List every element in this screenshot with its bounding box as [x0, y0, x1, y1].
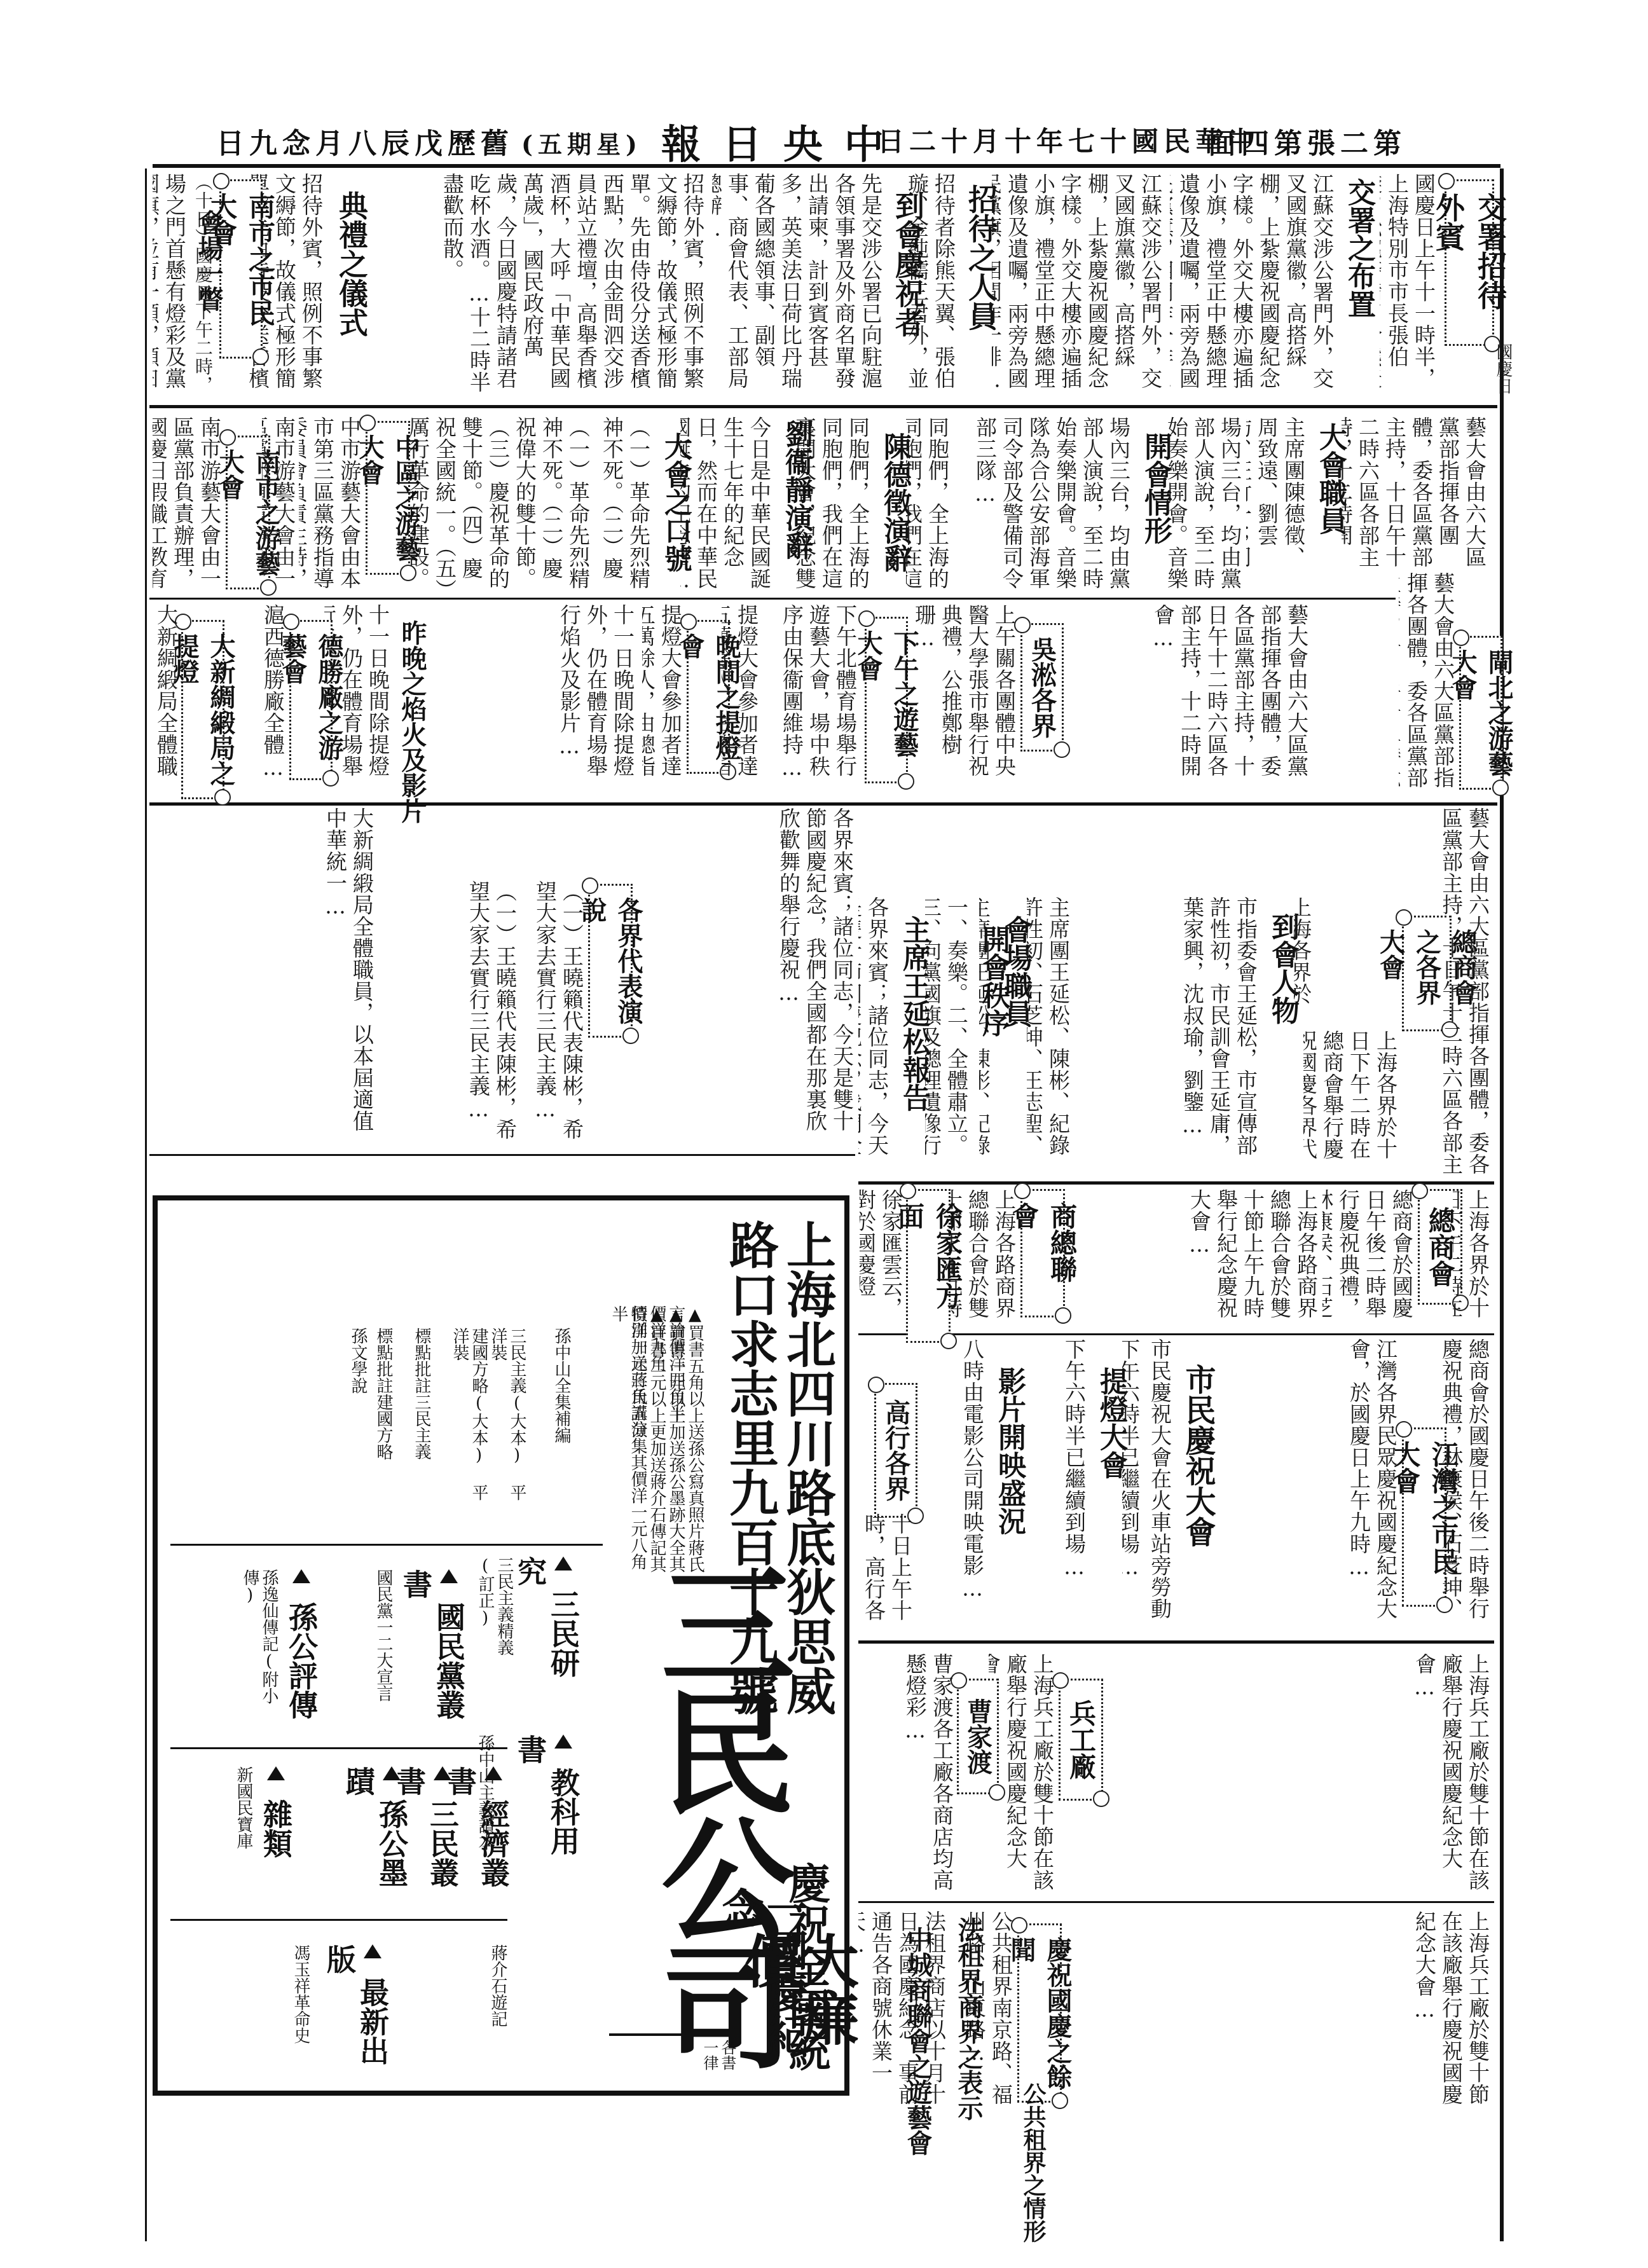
ad-footer-rule: [609, 2033, 736, 2036]
ad-section-misc-items: 新國民寶庫: [170, 1766, 253, 1893]
ad-rule-2: [170, 1747, 507, 1749]
headline-gaoxing: 高行各界: [874, 1383, 917, 1518]
article-dateline: 國慶日: [1485, 343, 1516, 401]
article-body: （一）革命先烈精神不死。（二）慶祝偉大的雙十節。（三）慶祝革命的雙十節。（四）慶…: [598, 416, 652, 594]
ad-section-biography: 孫公評傳: [285, 1569, 318, 1722]
article-body-cont: 藝大會由六大區黨部指揮各團體，委各區黨部主持，十日午十二時六區各部主持，十二時開…: [1055, 604, 1310, 795]
article-body: 下午北體育場舉行遊藝大會，場中秩序由保衞團維持…: [763, 604, 858, 795]
ad-section-works-list: 孫文學說: [170, 1328, 367, 1512]
headline-order: 開會秩序: [973, 925, 1013, 1037]
page-section: 面四第張二第: [1208, 121, 1406, 162]
ad-section-standard-2: 建國方略(大本) 平洋裝: [450, 1328, 488, 1512]
article-body: 上海各界於十日下午二時在總商會舉行慶祝國慶各界代表大會，詳情分誌如下。: [1303, 1030, 1399, 1170]
ad-section-new-release-items-2: 蔣介石遊記: [367, 1944, 507, 2072]
article-body-cont: 江蘇交涉公署門外，交叉國旗黨徽，高搭綵棚，上紮慶祝國慶紀念字樣。外交大樓亦遍插小…: [992, 173, 1164, 395]
article-body-cont: 各界來賓；諸位同志，今天是雙十節國慶紀念，我們全國都在那裏欣欣歡舞的舉行慶祝…: [636, 808, 855, 1151]
subhead-concession-situation: 公共租界之情形: [1017, 2082, 1050, 2243]
article-body: 主席團陳德徵、周致遠、劉雲舫、汪竹一；司儀鄒善揚，紀錄張君璞、周永年。: [1246, 416, 1307, 569]
ad-rule-1: [170, 1544, 603, 1546]
headline-slogans: 大會之口號: [655, 432, 696, 572]
republic-date: 日二十月十年七十國民華中: [877, 121, 1259, 159]
article-body: 江蘇交涉公署門外，交叉國旗黨徽，高搭綵棚，上紮慶祝國慶紀念字樣。外交大樓亦遍插小…: [1170, 173, 1335, 395]
masthead-rule: [153, 164, 1500, 168]
headline-group-speeches: 各界代表演說: [588, 884, 633, 1038]
ad-promo-4: 特別加送蔣氏講演集其價洋一元八角半: [609, 1305, 647, 1572]
article-body: 南市游藝大會由一區黨部負責辦理，國慶日假職工教育館舉行，觀眾千餘人，極一時之盛…: [153, 416, 223, 594]
headline-caojiadu: 曹家渡: [957, 1679, 999, 1794]
article-body-prev: 上海各界於十日下午二時在總商會舉行慶祝國慶各界代表大會，詳情分誌如下。: [1453, 1189, 1491, 1329]
ad-section-standard-3: 標點批註三民主義: [412, 1328, 431, 1512]
ad-rule-3: [170, 1919, 507, 1921]
section-heading: 孫中山全集補編: [552, 1328, 571, 1443]
article-body-cont: 同胞們，全上海的同胞們，我們在這裏開大會，紀念雙十節，要知道今年雙十與往年迥異…: [906, 416, 951, 594]
article-body: 江灣各界民眾慶祝國慶紀念大會，於國慶日上午九時…: [1243, 1338, 1399, 1637]
headline-central-fair: 中區之游藝大會: [366, 421, 410, 575]
ad-footer-terms: 各書一律: [609, 2040, 736, 2084]
article-body-cont: （一）革命先烈精神不死。（二）慶祝偉大的雙十節。（三）慶祝革命的雙十節。（四）慶…: [407, 416, 591, 594]
weekday: (五期星): [521, 125, 642, 160]
ad-section-sanmin-research: 三民研究: [514, 1557, 580, 1684]
article-body: 市指委會王延松，市宣傳部許性初，市民訓會王延庸，葉家興，沈叔瑜，劉鑒…: [1075, 897, 1259, 1176]
headline-citizen-rally: 市民慶祝大會: [1176, 1364, 1220, 1547]
article-body: 提燈大會參加者達五萬餘人，由總指揮董學一指揮出發，秩序由糾察隊維持…: [642, 604, 683, 795]
article-body: 上海兵工廠於雙十節在該廠舉行慶祝國慶紀念大會…: [1094, 1653, 1491, 1895]
article-body: 總商會於國慶日午後二時舉行慶祝典禮，林康侯、石芝坤、陸鳳竹、徐寄廎、袁履登等…: [1322, 1189, 1415, 1329]
triangle-icon: [440, 1569, 458, 1583]
tier-rule-6: [858, 1901, 1494, 1903]
triangle-icon: [554, 1735, 572, 1749]
article-body-cont: 主席團王延松、陳彬、紀錄許性初、石芝坤、王志聖、鄔志豪；司儀吳冰澤。: [1027, 897, 1071, 1176]
paper-title: 報日央中: [661, 113, 905, 170]
subhead-office-decoration: 交署之布置: [1338, 178, 1379, 318]
article-body-cont: 場內三台，均由黨部人演說，至二時始奏樂開會。音樂隊為合公安部海軍司令部及警備司令…: [1164, 416, 1243, 594]
tier-rule-5: [858, 1640, 1494, 1644]
tier-rule-2: [149, 802, 1497, 806]
article-body: 上海各路商界總聯合會於雙十節上午九時舉行紀念慶祝大會…: [1055, 1189, 1319, 1329]
article-body-cont2: 大新綢緞局全體職員，以本屆適值中華統一…: [153, 808, 375, 1151]
ad-section-kmt-items: 國民黨一二大宣言: [317, 1569, 393, 1722]
article-body: 上午關各團體中央醫大學張市舉行祝典禮，公推鄭樹珊…: [903, 604, 1017, 795]
headline-attendees: 到會慶祝者: [887, 191, 929, 337]
ad-section-standard: 三民主義(大本) 平洋裝: [488, 1328, 526, 1512]
article-body: 中市游藝大會由本市第三區黨務指導委員會負責主持，事前該區努力籌備，向各方接洽游藝…: [299, 416, 362, 594]
ad-section-complete-works: 孫中山全集補編: [552, 1328, 571, 1487]
ad-section-textbooks: 教科用書: [514, 1735, 580, 1874]
headline-ceremony: 典禮之儀式: [331, 191, 373, 337]
article-body-cont: 南市游藝大會由一區黨部負責辦理，國慶日假職工教育館舉行，觀眾千餘人，極一時之盛…: [262, 416, 297, 594]
triangle-icon: [554, 1557, 572, 1570]
article-body: 大新綢緞局全體職員，以本屆適值中華統一…: [153, 604, 179, 795]
ad-section-kmt: 國民黨叢書: [399, 1569, 465, 1722]
article-body: 十一日晚間除提燈外，仍在體育場舉行焰火及影片…: [426, 604, 636, 795]
article-body-prev: 上海兵工廠於雙十節在該廠舉行慶祝國慶紀念大會…: [1055, 1911, 1491, 2114]
headline-detsheng: 德勝廠之游藝會: [289, 620, 333, 780]
ad-section-sanmin-items: 三民主義精義(訂正): [476, 1557, 514, 1684]
article-body: 藝大會由六大區黨部指揮各團體，委各區黨部主持，十日午十二時六區各部主持，十二時開…: [1399, 572, 1456, 795]
tier-rule-7: [149, 1154, 855, 1156]
article-body-prev: 總商會於國慶日午後二時舉行慶祝典禮，林康侯、石芝坤、陸鳳竹、徐寄廎、袁履登等…: [1437, 1338, 1491, 1637]
ad-section-misc: 雜類: [259, 1766, 292, 1893]
headline-xujiahui: 徐家匯方面: [906, 1189, 951, 1343]
headline-afternoon-fair: 下午之遊藝大會: [865, 617, 908, 783]
ad-section-biography-items: 孫逸仙傳記(附小傳): [170, 1569, 278, 1722]
triangle-icon: [292, 1569, 310, 1583]
article-body-cont: 藝大會由六大區黨部指揮各團體，委各區黨部主持，十日午十二時六區各部主持，十二時開…: [1342, 416, 1488, 569]
article-body: 先是交涉公署已向駐滬各領事署及外商名單發出請柬，計到賓客甚多，英美法日荷比丹瑞葡…: [712, 173, 884, 395]
advertisement-sanmin-company: 上海北四川路底狄思威 路口求志里九百十九號 三民公司 慶祝全國統 一國慶紀念 大…: [153, 1195, 849, 2096]
article-body-prev: 藝大會由六大區黨部指揮各團體，委各區黨部主持，十日午十二時六區各部主持，十二時開…: [1443, 808, 1491, 1176]
article-body-cont: 下午六時半已繼續到場…: [1122, 1338, 1141, 1637]
article-lead: 國慶日上午十一時半，上海特別市市長張伯璇，淞滬警備司令熊天翼，江蘇交涉員金純儒，…: [1380, 173, 1437, 395]
article-body: 下午六時半已繼續到場…: [1020, 1338, 1087, 1637]
headline-film: 影片開映盛況: [989, 1367, 1029, 1535]
headline-zhongcheng: 中城商聯會之遊藝會: [900, 1927, 936, 2155]
headline-chair-report: 主席王延松報告: [893, 916, 934, 1111]
tier-rule-2b: [149, 598, 1396, 600]
lunar-date: 日九念月八辰戊歷舊: [216, 121, 514, 162]
article-body-cont: 上海各界於十日下午二時在總商會舉行慶祝國慶各界代表大會，詳情分誌如下。: [1294, 897, 1313, 1024]
ad-section-economics: 經濟叢書: [444, 1766, 510, 1893]
triangle-icon: [267, 1766, 285, 1780]
article-body: 曹家渡各工廠各商店均高懸燈彩…: [860, 1653, 955, 1895]
article-body: 各界來賓；諸位同志，今天是雙十節國慶紀念，我們全國都在那裏欣欣歡舞的舉行慶祝…: [858, 897, 890, 1176]
tier-rule-1: [149, 405, 1497, 408]
article-body: 徐家匯雲云，對於國慶燈彩，早有籌備…: [860, 1189, 904, 1329]
headline-french-concession: 法租界商界之表示: [951, 1917, 987, 2120]
article-body: 市民慶祝大會在火車站旁勞動大學門前…: [1144, 1338, 1173, 1637]
subhead-venue: 會場一瞥: [191, 210, 227, 312]
article-body: （一）王曉籟代表陳彬，希望大家去實行三民主義…: [521, 881, 585, 1154]
headline-liu-speech: 劉衞靜演辭: [776, 420, 816, 560]
masthead: 日九念月八辰戊歷舊 (五期星) 報日央中 日二十月十年七十國民華中 面四第張二第: [153, 121, 1500, 159]
headline-daxin: 大新綢緞局之提燈: [181, 620, 224, 799]
article-body: 場內三台，均由黨部人演說，至二時始奏樂開會。音樂隊為合公安部海軍司令部及警備司令…: [954, 416, 1132, 594]
article-body: 招待外賓，照例不事繁文縟節，故儀式極形簡單。先由侍役分送香檳西點，次由金問泗交涉…: [407, 173, 706, 395]
article-body-cont: （一）王曉籟代表陳彬，希望大家去實行三民主義…: [381, 881, 518, 1154]
article-body: 場之門首懸有燈彩及黨國旗，並有一額，顏曰「上海市民慶祝國慶紀念大會」，場中設主席…: [153, 173, 188, 395]
headline-zhabei-fair: 閘北之游藝大會: [1459, 636, 1502, 790]
article-body: 十日上午十時，高行各界於…: [860, 1513, 914, 1634]
tier-rule-3: [858, 1181, 1494, 1185]
headline-foreign-reception: 交署招待外賓: [1445, 179, 1494, 346]
ad-section-standard-4: 標點批註建國方略: [374, 1328, 393, 1512]
triangle-icon: [484, 1766, 502, 1780]
article-body: 八時由電影公司開映電影…: [912, 1338, 985, 1637]
headline-fireworks: 昨晚之焰火及影片: [394, 620, 430, 823]
article-body-cont: 提燈大會參加者達五萬餘人，由總指揮董學一指揮出發，秩序由糾察隊維持…: [722, 604, 760, 795]
ad-section-new-release-items: 馮玉祥革命史: [170, 1944, 310, 2072]
